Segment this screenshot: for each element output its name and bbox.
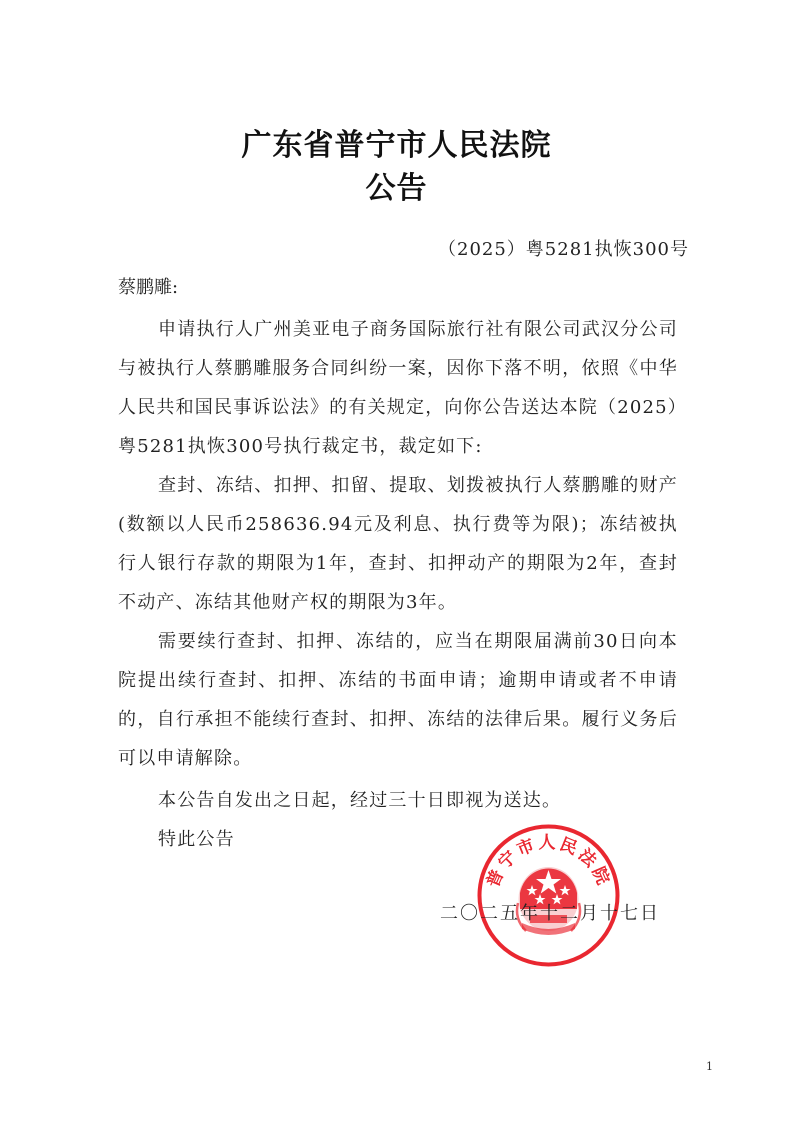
paragraph-service-effective: 本公告自发出之日起，经过三十日即视为送达。 [118, 781, 678, 820]
page-number: 1 [706, 1060, 713, 1073]
case-number: （2025）粤5281执恢300号 [438, 238, 689, 262]
document-type-heading: 公告 [0, 171, 793, 207]
court-name-heading: 广东省普宁市人民法院 [0, 128, 793, 164]
issue-date: 二〇二五年十二月十七日 [440, 902, 660, 926]
court-seal-icon: 普宁市人民法院 [476, 823, 621, 968]
paragraph-renewal-notice: 需要续行查封、扣押、冻结的，应当在期限届满前30日向本院提出续行查封、扣押、冻结… [118, 622, 678, 778]
addressee: 蔡鹏雕: [118, 276, 178, 300]
paragraph-case-background: 申请执行人广州美亚电子商务国际旅行社有限公司武汉分公司与被执行人蔡鹏雕服务合同纠… [118, 310, 678, 466]
paragraph-ruling: 查封、冻结、扣押、扣留、提取、划拨被执行人蔡鹏雕的财产(数额以人民币258636… [118, 466, 678, 622]
document-page: 广东省普宁市人民法院 公告 （2025）粤5281执恢300号 蔡鹏雕: 申请执… [0, 0, 793, 1122]
